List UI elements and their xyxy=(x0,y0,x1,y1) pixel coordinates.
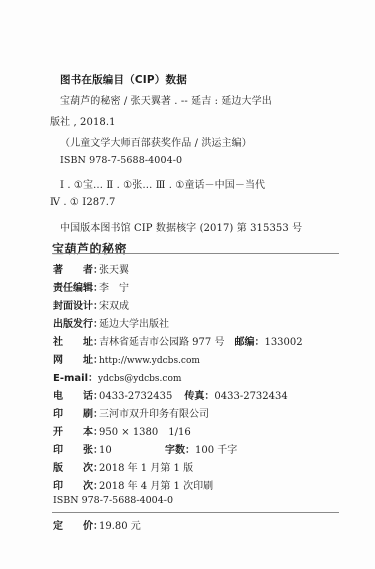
info-label: 出版发行： xyxy=(53,315,99,330)
info-value: 李 宁 xyxy=(99,279,129,294)
price-divider xyxy=(52,512,339,513)
info-row-edition: 版 次： 2018 年 1 月第 1 版 xyxy=(53,459,193,474)
info-row-cover-design: 封面设计： 宋双成 xyxy=(53,297,129,312)
info-row-impression: 印 次： 2018 年 4 月第 1 次印刷 xyxy=(53,477,213,492)
info-row-phone: 电 话： 0433-2732435 传真： 0433-2732434 xyxy=(53,387,288,402)
cip-line-series: （儿童文学大师百部获奖作品 / 洪运主编） xyxy=(60,134,252,149)
cip-line-classification-cont: Ⅳ . ① I287.7 xyxy=(50,197,115,208)
info-label: 印 次： xyxy=(53,477,99,492)
info-row-format: 开 本： 950 × 1380 1/16 xyxy=(53,423,191,438)
email-link[interactable]: ydcbs@ydcbs.com xyxy=(98,374,181,384)
info-value: 10 xyxy=(99,445,165,456)
info-row-price: 定 价： 19.80 元 xyxy=(53,517,141,532)
price-label: 定 价： xyxy=(53,517,99,532)
info-value: 吉林省延吉市公园路 977 号 xyxy=(99,333,224,348)
isbn-line: ISBN 978-7-5688-4004-0 xyxy=(53,495,173,506)
word-count-value: 100 千字 xyxy=(195,441,237,456)
info-value: 0433-2732435 xyxy=(99,391,172,402)
info-row-editor: 责任编辑： 李 宁 xyxy=(53,279,129,294)
info-row-printer: 印 刷： 三河市双升印务有限公司 xyxy=(53,405,209,420)
info-row-email: E-mail： ydcbs@ydcbs.com xyxy=(53,369,181,384)
postcode-label: 邮编： xyxy=(234,333,264,348)
info-label: 印 张： xyxy=(53,441,99,456)
info-label: 开 本： xyxy=(53,423,99,438)
cip-line-isbn: ISBN 978-7-5688-4004-0 xyxy=(60,155,182,166)
info-label: 版 次： xyxy=(53,459,99,474)
info-label: E-mail： xyxy=(53,369,98,384)
info-value: 三河市双升印务有限公司 xyxy=(99,405,209,420)
info-value: 张天翼 xyxy=(99,261,129,276)
fax-label: 传真： xyxy=(184,387,214,402)
info-label: 电 话： xyxy=(53,387,99,402)
info-label: 著 者： xyxy=(53,261,99,276)
info-value: 2018 年 4 月第 1 次印刷 xyxy=(99,477,213,492)
info-label: 责任编辑： xyxy=(53,279,99,294)
cip-heading: 图书在版编目（CIP）数据 xyxy=(60,72,187,87)
info-value: 950 × 1380 1/16 xyxy=(99,423,191,438)
info-row-website: 网 址： http://www.ydcbs.com xyxy=(53,351,200,366)
info-value: 延边大学出版社 xyxy=(99,315,169,330)
copyright-page: 图书在版编目（CIP）数据 宝葫芦的秘密 / 张天翼著 . -- 延吉 : 延边… xyxy=(0,0,375,569)
info-label: 社 址： xyxy=(53,333,99,348)
info-value: 2018 年 1 月第 1 版 xyxy=(99,459,193,474)
info-row-author: 著 者： 张天翼 xyxy=(53,261,129,276)
postcode-value: 133002 xyxy=(264,337,302,348)
price-value: 19.80 元 xyxy=(99,517,141,532)
website-link[interactable]: http://www.ydcbs.com xyxy=(99,356,200,366)
title-divider xyxy=(52,253,339,254)
cip-line-publisher: 版社 , 2018.1 xyxy=(50,113,116,128)
info-row-address: 社 址： 吉林省延吉市公园路 977 号 邮编： 133002 xyxy=(53,333,303,348)
info-label: 封面设计： xyxy=(53,297,99,312)
cip-line-title: 宝葫芦的秘密 / 张天翼著 . -- 延吉 : 延边大学出 xyxy=(60,92,272,107)
info-row-sheets: 印 张： 10 字数： 100 千字 xyxy=(53,441,237,456)
fax-value: 0433-2732434 xyxy=(214,391,287,402)
book-title: 宝葫芦的秘密 xyxy=(52,240,127,257)
word-count-label: 字数： xyxy=(165,441,195,456)
info-label: 印 刷： xyxy=(53,405,99,420)
cip-line-library-number: 中国版本图书馆 CIP 数据核字 (2017) 第 315353 号 xyxy=(60,219,302,234)
cip-line-classification: Ⅰ . ①宝… Ⅱ . ①张… Ⅲ . ①童话－中国－当代 xyxy=(60,176,265,191)
info-label: 网 址： xyxy=(53,351,99,366)
info-row-publisher: 出版发行： 延边大学出版社 xyxy=(53,315,169,330)
info-value: 宋双成 xyxy=(99,297,129,312)
